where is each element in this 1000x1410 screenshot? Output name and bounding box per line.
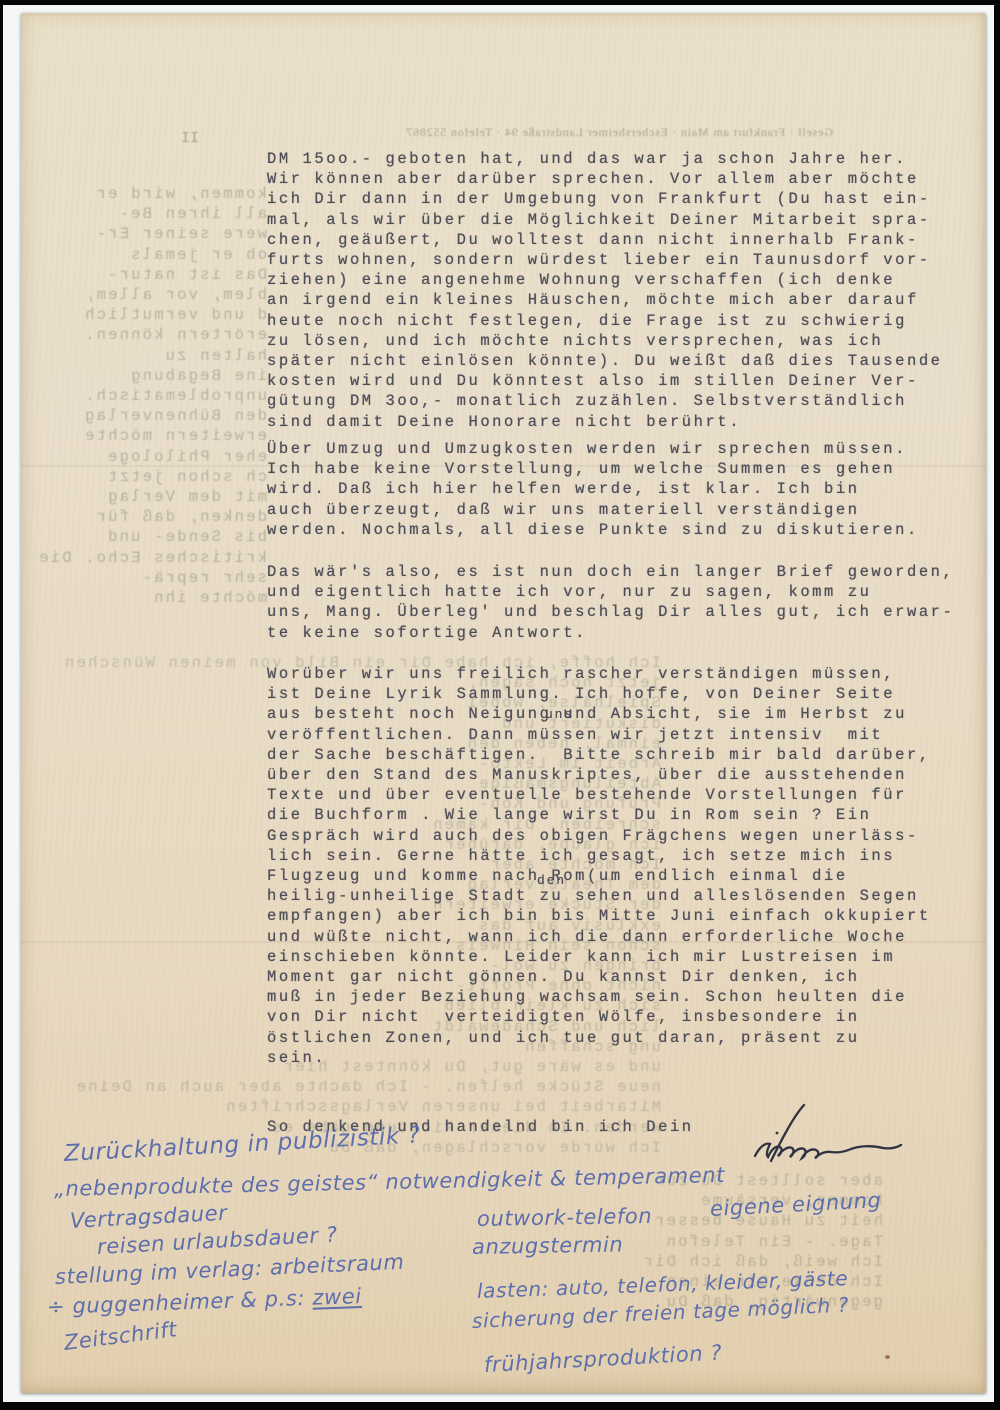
handwritten-note: frühjahrsproduktion ? (483, 1341, 722, 1377)
letter-page: Gesell · Frankfurt am Main · Eschersheim… (21, 13, 986, 1393)
bleedthrough-page-marker: II (181, 130, 199, 147)
letter-paragraph: Über Umzug und Umzugkosten werden wir sp… (267, 439, 967, 540)
handwritten-note: outwork-telefon (477, 1204, 653, 1231)
note-underlined-word: zwei (312, 1284, 362, 1310)
handwritten-note: „nebenprodukte des geistes“ notwendigkei… (54, 1163, 725, 1201)
handwritten-note: anzugstermin (472, 1232, 624, 1259)
scanned-letter: Gesell · Frankfurt am Main · Eschersheim… (0, 0, 1000, 1410)
handwritten-note: Zeitschrift (63, 1317, 179, 1355)
bleedthrough-letterhead: Gesell · Frankfurt am Main · Eschersheim… (161, 125, 833, 140)
typed-insertion: uns (545, 707, 574, 722)
bleedthrough-left-column: kommen, wird er all ihren Be- were seine… (51, 184, 267, 608)
handwritten-note: Vertragsdauer (69, 1201, 228, 1233)
handwritten-note: eigene eignung (709, 1188, 882, 1221)
letter-paragraph: Das wär's also, es ist nun doch ein lang… (267, 562, 967, 643)
letter-paragraph: Worüber wir uns freilich rascher verstän… (267, 664, 967, 1068)
letter-paragraph: DM 15oo.- geboten hat, und das war ja sc… (267, 149, 967, 432)
note-text: ÷ guggenheimer & p.s: (47, 1286, 313, 1319)
signature (741, 1103, 913, 1165)
paper-speck (885, 1355, 890, 1359)
typed-insertion: den (537, 873, 566, 888)
handwritten-note: ÷ guggenheimer & p.s: zwei (47, 1284, 363, 1319)
handwritten-note: Zurückhaltung in publizistik ? (63, 1122, 421, 1167)
